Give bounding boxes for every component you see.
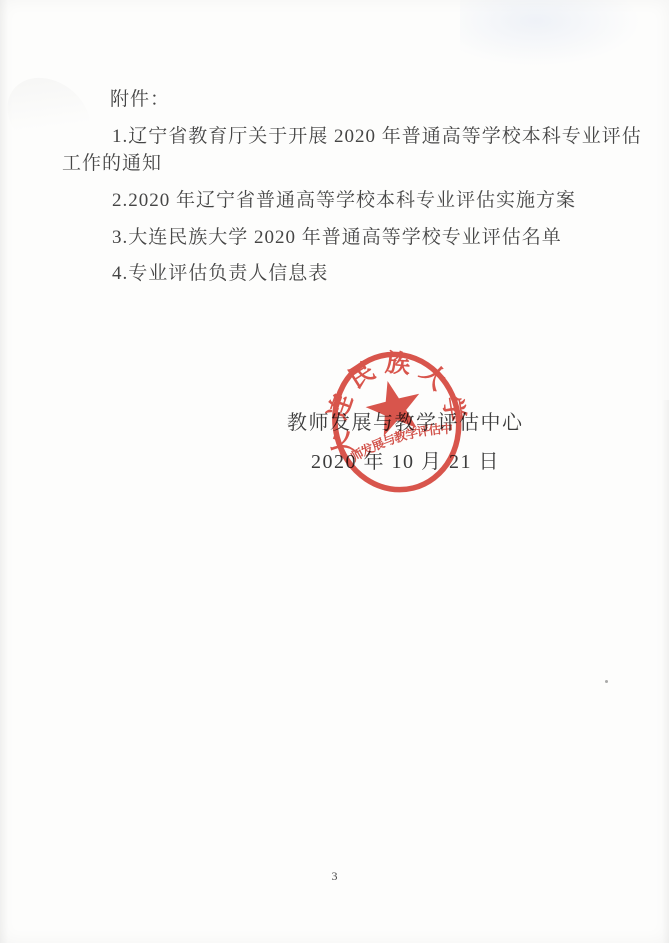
official-seal: 大连民族大学 教师发展与教学评估中心 — [313, 335, 481, 512]
attachment-item-1-line-1: 1.辽宁省教育厅关于开展 2020 年普通高等学校本科专业评估 — [112, 121, 642, 148]
page-number: 3 — [0, 869, 669, 884]
attachment-item-1-line-2: 工作的通知 — [62, 148, 162, 175]
attachment-item-4: 4.专业评估负责人信息表 — [112, 258, 328, 285]
attachments-label: 附件： — [110, 84, 170, 111]
attachment-item-3: 3.大连民族大学 2020 年普通高等学校专业评估名单 — [112, 222, 562, 249]
scan-smudge-topright — [460, 0, 650, 70]
attachment-item-2: 2.2020 年辽宁省普通高等学校本科专业评估实施方案 — [112, 185, 576, 212]
scan-shadow-right-edge — [662, 400, 669, 943]
document-page: 附件： 1.辽宁省教育厅关于开展 2020 年普通高等学校本科专业评估 工作的通… — [0, 0, 669, 943]
scan-shadow-left-edge — [0, 0, 8, 943]
scan-speck — [605, 680, 608, 683]
